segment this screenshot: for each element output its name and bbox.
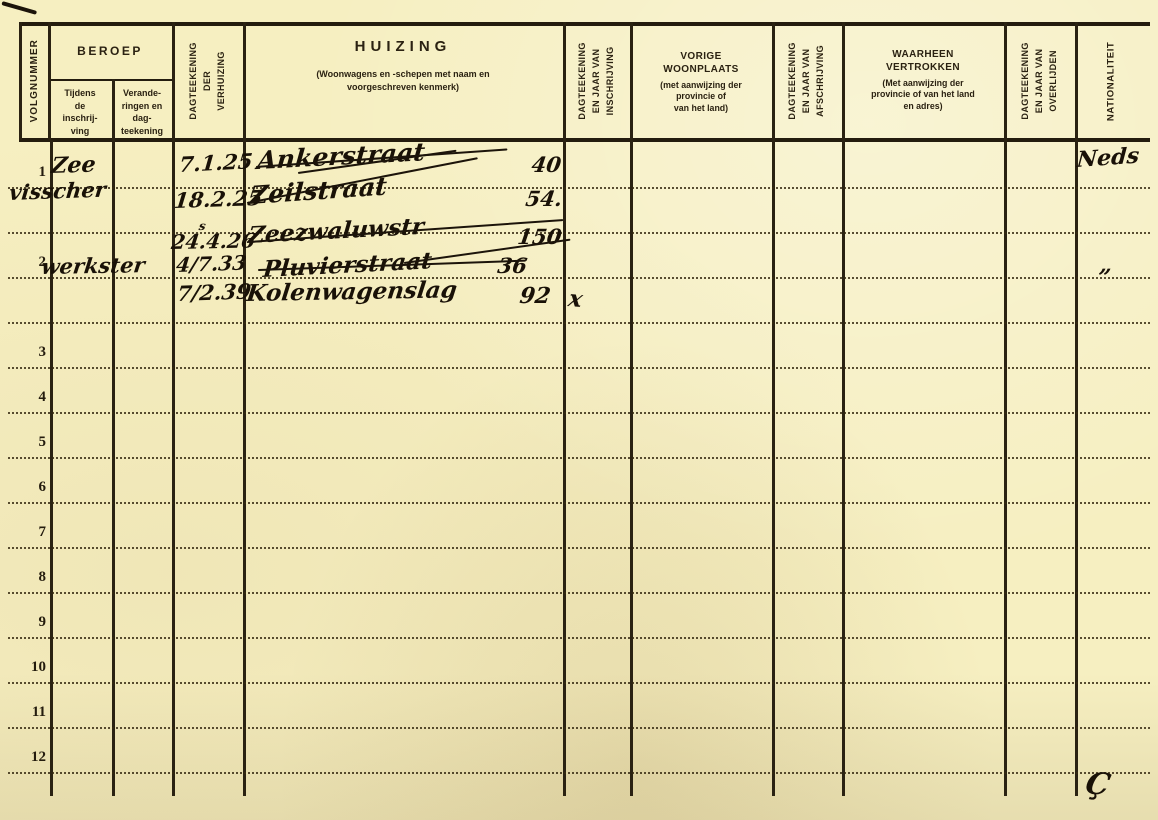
hw-house-number-5: 92 xyxy=(518,283,552,309)
column-header-dagteekening-inschrijving-label: DAGTEEKENING EN JAAR VAN INSCHRIJVING xyxy=(576,42,618,119)
column-header-dagteekening-overlijden-label: DAGTEEKENING EN JAAR VAN OVERLIJDEN xyxy=(1019,42,1061,119)
hw-nationality-ditto: „ xyxy=(1098,252,1114,278)
column-header-beroep-sub1: Tijdens de inschrij- ving xyxy=(48,80,112,145)
grid-vline-body xyxy=(50,140,53,796)
column-header-nationaliteit: NATIONALITEIT xyxy=(1075,24,1148,138)
row-number: 9 xyxy=(8,614,46,631)
grid-vline-header xyxy=(243,22,246,140)
column-header-nationaliteit-label: NATIONALITEIT xyxy=(1104,41,1119,120)
row-number: 10 xyxy=(8,659,46,676)
column-header-volgnummer-label: VOLGNUMMER xyxy=(27,39,43,122)
column-header-dagteekening-inschrijving: DAGTEEKENING EN JAAR VAN INSCHRIJVING xyxy=(563,24,630,138)
hw-nationality-1: Neds xyxy=(1076,143,1140,173)
hw-house-number-4: 36 xyxy=(496,253,529,278)
hw-move-date-5: 7/2.39 xyxy=(176,278,252,306)
column-header-huizing: HUIZING (Woonwagens en -schepen met naam… xyxy=(243,22,563,138)
row-number: 5 xyxy=(8,434,46,451)
column-header-vorige-woonplaats: VORIGE WOONPLAATS (met aanwijzing der pr… xyxy=(630,22,772,138)
grid-vline-body xyxy=(630,140,633,796)
column-header-huizing-title: HUIZING xyxy=(243,22,563,55)
row-dotted-line xyxy=(8,367,1150,369)
column-header-waarheen-vertrokken-sub: (Met aanwijzing der provincie of van het… xyxy=(842,78,1004,112)
row-dotted-line xyxy=(8,637,1150,639)
hw-beroep-2: werkster xyxy=(40,252,146,279)
hw-house-number-2: 54. xyxy=(524,186,564,211)
grid-vline-body xyxy=(772,140,775,796)
row-dotted-line xyxy=(8,682,1150,684)
grid-vline-header xyxy=(772,22,775,140)
hw-check-mark: x xyxy=(566,285,585,313)
grid-vline-body xyxy=(842,140,845,796)
grid-vline-header xyxy=(19,22,22,140)
grid-vline-body xyxy=(1075,140,1078,796)
grid-vline-body xyxy=(112,140,115,796)
row-number: 4 xyxy=(8,389,46,406)
grid-vline-header xyxy=(1004,22,1007,140)
column-header-dagteekening-afschrijving: DAGTEEKENING EN JAAR VAN AFSCHRIJVING xyxy=(772,24,842,138)
grid-vline-header xyxy=(48,22,51,140)
hw-beroep-1b: visscher xyxy=(8,177,107,205)
column-header-beroep-sub2: Verande- ringen en dag- teekening xyxy=(112,80,172,145)
column-header-waarheen-vertrokken-title: WAARHEEN VERTROKKEN xyxy=(842,48,1004,74)
grid-vline-header xyxy=(1075,22,1078,140)
hw-beroep-1a: Zee xyxy=(50,151,97,179)
hw-address-2: Zeilstraat xyxy=(249,172,388,210)
column-header-dagteekening-verhuizing: DAGTEEKENING DER VERHUIZING xyxy=(172,24,243,138)
row-dotted-line xyxy=(8,547,1150,549)
column-header-volgnummer: VOLGNUMMER xyxy=(19,24,50,138)
grid-vline-header xyxy=(172,22,175,140)
column-header-dagteekening-afschrijving-label: DAGTEEKENING EN JAAR VAN AFSCHRIJVING xyxy=(786,42,828,119)
hw-move-date-4: 4/7.33 xyxy=(175,251,248,277)
grid-vline-header xyxy=(112,79,115,140)
hw-move-date-1: 7.1.25 xyxy=(178,148,254,177)
row-number: 6 xyxy=(8,479,46,496)
hw-house-number-1: 40 xyxy=(530,152,563,177)
row-dotted-line xyxy=(8,412,1150,414)
column-header-vorige-woonplaats-sub: (met aanwijzing der provincie of van het… xyxy=(630,80,772,114)
grid-vline-body xyxy=(1004,140,1007,796)
row-dotted-line xyxy=(8,457,1150,459)
grid-vline-header xyxy=(630,22,633,140)
row-dotted-line xyxy=(8,322,1150,324)
row-number: 3 xyxy=(8,344,46,361)
row-number: 8 xyxy=(8,569,46,586)
column-header-huizing-sub: (Woonwagens en -schepen met naam en voor… xyxy=(243,68,563,93)
column-header-waarheen-vertrokken: WAARHEEN VERTROKKEN (Met aanwijzing der … xyxy=(842,22,1004,138)
row-dotted-line xyxy=(8,277,1150,279)
column-header-dagteekening-verhuizing-label: DAGTEEKENING DER VERHUIZING xyxy=(187,42,229,119)
column-header-dagteekening-overlijden: DAGTEEKENING EN JAAR VAN OVERLIJDEN xyxy=(1004,24,1075,138)
grid-vline-header xyxy=(842,22,845,140)
pen-stroke-corner xyxy=(2,1,38,14)
row-number: 12 xyxy=(8,749,46,766)
row-number: 7 xyxy=(8,524,46,541)
register-sheet: VOLGNUMMER BEROEP Tijdens de inschrij- v… xyxy=(0,0,1158,820)
grid-vline-header xyxy=(563,22,566,140)
row-dotted-line xyxy=(8,502,1150,504)
header-bottom-border xyxy=(19,138,1150,142)
row-number: 11 xyxy=(8,704,46,721)
row-dotted-line xyxy=(8,727,1150,729)
column-header-vorige-woonplaats-title: VORIGE WOONPLAATS xyxy=(630,50,772,76)
row-dotted-line xyxy=(8,592,1150,594)
hw-address-5: Kolenwagenslag xyxy=(245,276,459,307)
row-dotted-line xyxy=(8,772,1150,774)
